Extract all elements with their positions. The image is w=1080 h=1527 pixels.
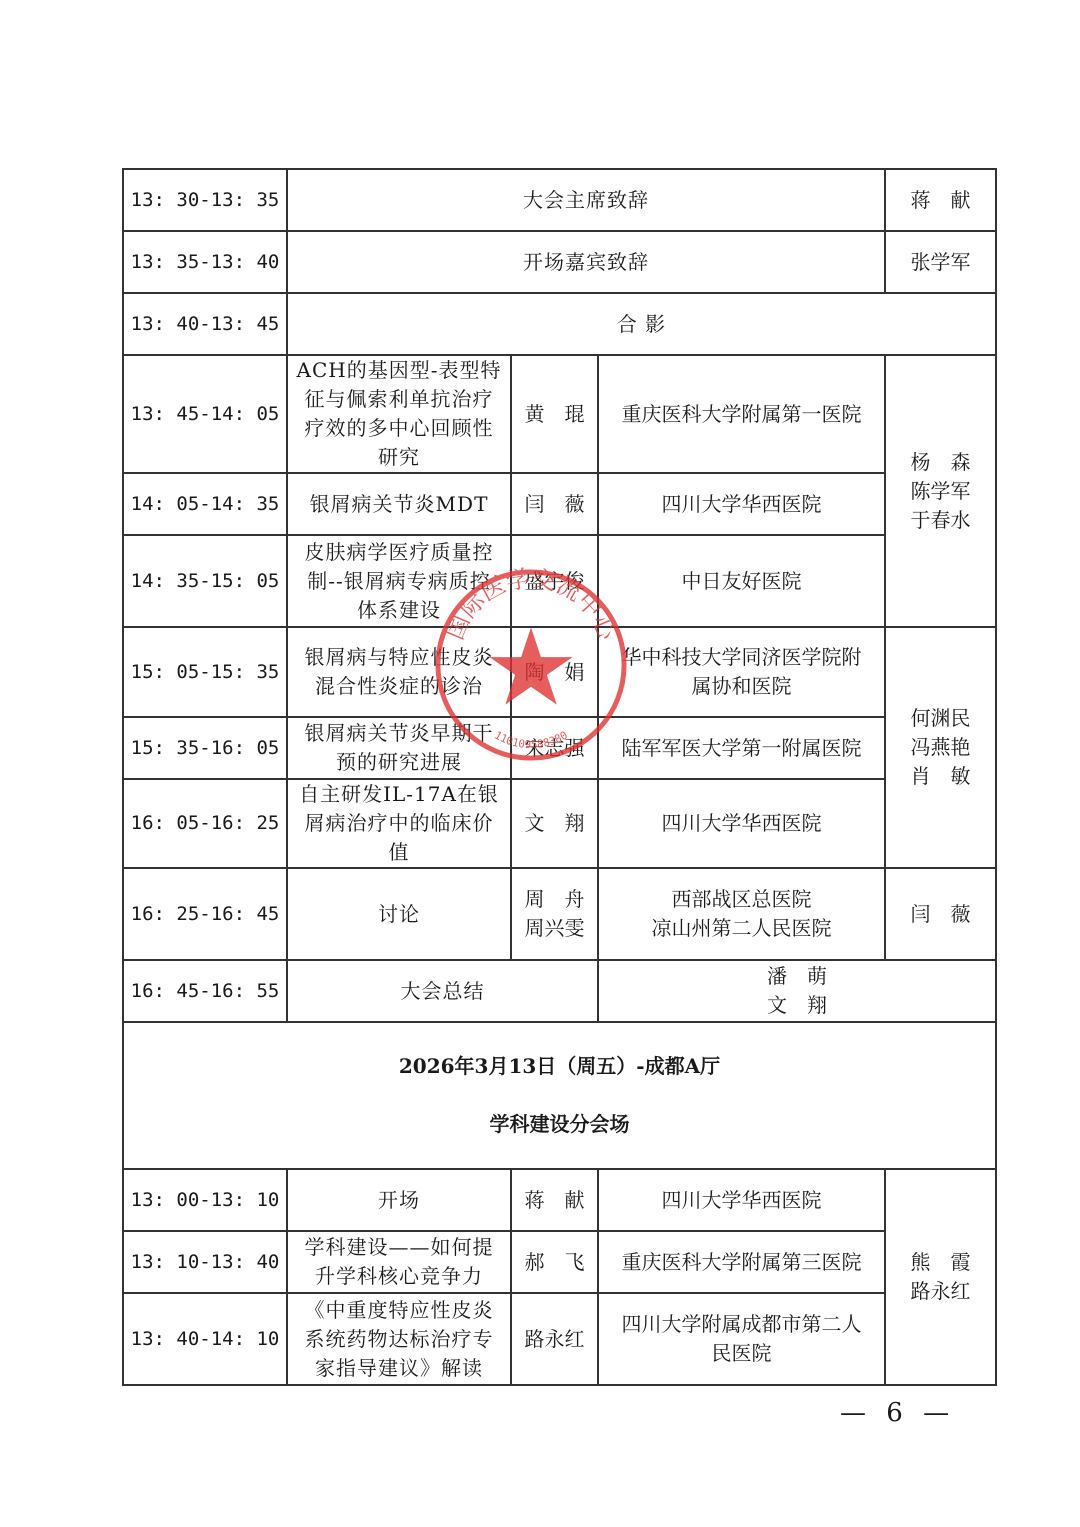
- title-cell: 皮肤病学医疗质量控 制--银屑病专病质控 体系建设: [287, 535, 511, 627]
- time-cell: 15: 35-16: 05: [123, 717, 287, 779]
- title-cell: 大会主席致辞: [287, 169, 885, 231]
- institution-cell: 西部战区总医院 凉山州第二人民医院: [598, 868, 885, 960]
- table-row: 14: 35-15: 05 皮肤病学医疗质量控 制--银屑病专病质控 体系建设 …: [123, 535, 996, 627]
- section-header: 2026年3月13日（周五）-成都A厅 学科建设分会场: [123, 1022, 996, 1169]
- time-cell: 15: 05-15: 35: [123, 627, 287, 717]
- table-row: 13: 40-14: 10 《中重度特应性皮炎 系统药物达标治疗专 家指导建议》…: [123, 1293, 996, 1385]
- institution-cell: 陆军军医大学第一附属医院: [598, 717, 885, 779]
- time-cell: 13: 00-13: 10: [123, 1169, 287, 1231]
- schedule-table: 13: 30-13: 35 大会主席致辞 蒋 献 13: 35-13: 40 开…: [122, 168, 997, 1386]
- time-cell: 16: 45-16: 55: [123, 960, 287, 1022]
- institution-cell: 四川大学附属成都市第二人 民医院: [598, 1293, 885, 1385]
- title-cell: 银屑病关节炎早期干 预的研究进展: [287, 717, 511, 779]
- host-cell: 潘 萌 文 翔: [598, 960, 996, 1022]
- speaker-cell: 黄 琨: [511, 355, 598, 473]
- table-row: 13: 10-13: 40 学科建设——如何提 升学科核心竞争力 郝 飞 重庆医…: [123, 1231, 996, 1293]
- time-cell: 13: 30-13: 35: [123, 169, 287, 231]
- table-row: 13: 00-13: 10 开场 蒋 献 四川大学华西医院 熊 霞 路永红: [123, 1169, 996, 1231]
- speaker-cell: 郝 飞: [511, 1231, 598, 1293]
- institution-cell: 华中科技大学同济医学院附 属协和医院: [598, 627, 885, 717]
- institution-cell: 中日友好医院: [598, 535, 885, 627]
- title-cell: 银屑病与特应性皮炎 混合性炎症的诊治: [287, 627, 511, 717]
- section-title: 学科建设分会场: [130, 1110, 989, 1139]
- title-cell: 讨论: [287, 868, 511, 960]
- page-number: — 6 —: [840, 1398, 955, 1428]
- table-row: 14: 05-14: 35 银屑病关节炎MDT 闫 薇 四川大学华西医院: [123, 473, 996, 535]
- speaker-cell: 闫 薇: [511, 473, 598, 535]
- speaker-cell: 文 翔: [511, 779, 598, 868]
- institution-cell: 四川大学华西医院: [598, 779, 885, 868]
- host-cell: 张学军: [885, 231, 996, 293]
- time-cell: 13: 40-14: 10: [123, 1293, 287, 1385]
- time-cell: 13: 10-13: 40: [123, 1231, 287, 1293]
- title-cell: 《中重度特应性皮炎 系统药物达标治疗专 家指导建议》解读: [287, 1293, 511, 1385]
- time-cell: 13: 45-14: 05: [123, 355, 287, 473]
- time-cell: 16: 05-16: 25: [123, 779, 287, 868]
- table-row: 13: 30-13: 35 大会主席致辞 蒋 献: [123, 169, 996, 231]
- institution-cell: 重庆医科大学附属第一医院: [598, 355, 885, 473]
- table-row: 16: 25-16: 45 讨论 周 舟 周兴雯 西部战区总医院 凉山州第二人民…: [123, 868, 996, 960]
- institution-cell: 四川大学华西医院: [598, 1169, 885, 1231]
- speaker-cell: 蒋 献: [511, 1169, 598, 1231]
- table-row: 13: 35-13: 40 开场嘉宾致辞 张学军: [123, 231, 996, 293]
- section-date: 2026年3月13日（周五）-成都A厅: [130, 1052, 989, 1081]
- title-cell: 合 影: [287, 293, 996, 355]
- title-cell: 学科建设——如何提 升学科核心竞争力: [287, 1231, 511, 1293]
- table-row: 16: 45-16: 55 大会总结 潘 萌 文 翔: [123, 960, 996, 1022]
- table-row: 16: 05-16: 25 自主研发IL-17A在银 屑病治疗中的临床价 值 文…: [123, 779, 996, 868]
- speaker-cell: 盛宇俊: [511, 535, 598, 627]
- section-header-row: 2026年3月13日（周五）-成都A厅 学科建设分会场: [123, 1022, 996, 1169]
- table-row: 15: 35-16: 05 银屑病关节炎早期干 预的研究进展 宋志强 陆军军医大…: [123, 717, 996, 779]
- host-cell: 闫 薇: [885, 868, 996, 960]
- time-cell: 13: 40-13: 45: [123, 293, 287, 355]
- speaker-cell: 陶 娟: [511, 627, 598, 717]
- time-cell: 16: 25-16: 45: [123, 868, 287, 960]
- institution-cell: 四川大学华西医院: [598, 473, 885, 535]
- host-cell: 杨 森 陈学军 于春水: [885, 355, 996, 627]
- host-cell: 蒋 献: [885, 169, 996, 231]
- time-cell: 13: 35-13: 40: [123, 231, 287, 293]
- title-cell: 银屑病关节炎MDT: [287, 473, 511, 535]
- table-row: 13: 40-13: 45 合 影: [123, 293, 996, 355]
- institution-cell: 重庆医科大学附属第三医院: [598, 1231, 885, 1293]
- speaker-cell: 路永红: [511, 1293, 598, 1385]
- table-row: 13: 45-14: 05 ACH的基因型-表型特 征与佩索利单抗治疗 疗效的多…: [123, 355, 996, 473]
- title-cell: 开场嘉宾致辞: [287, 231, 885, 293]
- host-cell: 何渊民 冯燕艳 肖 敏: [885, 627, 996, 868]
- speaker-cell: 周 舟 周兴雯: [511, 868, 598, 960]
- host-cell: 熊 霞 路永红: [885, 1169, 996, 1385]
- table-row: 15: 05-15: 35 银屑病与特应性皮炎 混合性炎症的诊治 陶 娟 华中科…: [123, 627, 996, 717]
- speaker-cell: 宋志强: [511, 717, 598, 779]
- time-cell: 14: 05-14: 35: [123, 473, 287, 535]
- time-cell: 14: 35-15: 05: [123, 535, 287, 627]
- title-cell: 开场: [287, 1169, 511, 1231]
- title-cell: 自主研发IL-17A在银 屑病治疗中的临床价 值: [287, 779, 511, 868]
- title-cell: ACH的基因型-表型特 征与佩索利单抗治疗 疗效的多中心回顾性 研究: [287, 355, 511, 473]
- title-cell: 大会总结: [287, 960, 598, 1022]
